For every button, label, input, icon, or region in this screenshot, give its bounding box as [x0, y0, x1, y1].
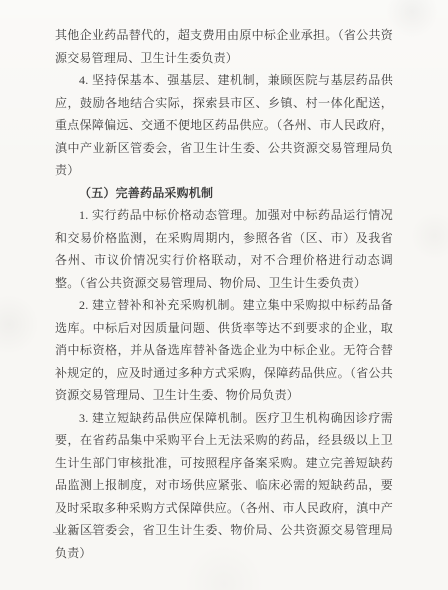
paragraph-item-1: 1. 实行药品中标价格动态管理。加强对中标药品运行情况和交易价格监测，在采购周期… [55, 204, 393, 294]
paragraph-item-4: 4. 坚持保基本、强基层、建机制，兼顾医院与基层药品供应，鼓励各地结合实际，探索… [55, 69, 393, 182]
document-body: 其他企业药品替代的，超支费用由原中标企业承担。（省公共资源交易管理局、卫生计生委… [55, 24, 393, 564]
paragraph-item-2: 2. 建立替补和补充采购机制。建立集中采购拟中标药品备选库。中标后对因质量问题、… [55, 294, 393, 407]
page-number: — 6 — [53, 522, 98, 542]
paragraph-continuation: 其他企业药品替代的，超支费用由原中标企业承担。（省公共资源交易管理局、卫生计生委… [55, 24, 393, 69]
paragraph-item-3: 3. 建立短缺药品供应保障机制。医疗卫生机构确因诊疗需要，在省药品集中采购平台上… [55, 407, 393, 565]
section-heading-5: （五）完善药品采购机制 [55, 182, 393, 205]
document-page: 其他企业药品替代的，超支费用由原中标企业承担。（省公共资源交易管理局、卫生计生委… [0, 0, 448, 590]
